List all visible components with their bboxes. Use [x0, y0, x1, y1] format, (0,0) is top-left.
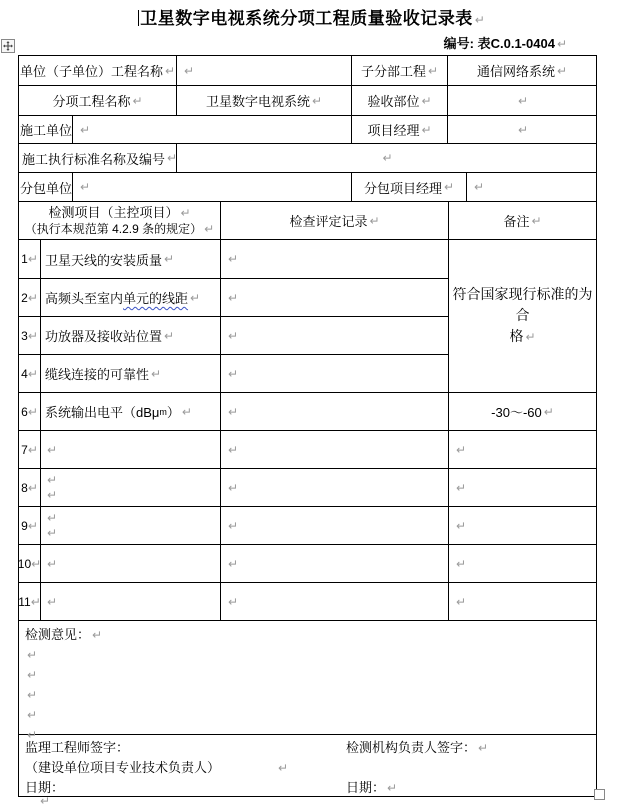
item-text: 高频头至室内	[45, 288, 123, 307]
record-cell[interactable]: ↵	[220, 240, 448, 278]
pilcrow-mark: ↵	[228, 519, 238, 533]
table-resize-handle[interactable]	[594, 789, 605, 800]
detect-row-10: 10↵ ↵ ↵	[19, 544, 448, 582]
table-move-handle-icon[interactable]	[1, 39, 15, 53]
pilcrow-mark: ↵	[132, 94, 142, 108]
pilcrow-mark: ↵	[28, 329, 38, 343]
subcontract-manager-label: 分包项目经理	[364, 178, 442, 197]
note-header-cell: 备注↵	[448, 202, 596, 239]
item-cell[interactable]: ↵↵	[40, 469, 220, 506]
pilcrow-mark: ↵	[382, 151, 392, 165]
table-row: 施工执行标准名称及编号↵ ↵	[19, 143, 596, 172]
item-text: 功放器及接收站位置	[45, 326, 162, 345]
pilcrow-mark: ↵	[184, 64, 194, 78]
sub-division-label: 子分部工程	[361, 61, 426, 80]
pilcrow-mark: ↵	[312, 94, 322, 108]
row-number: 4	[21, 367, 28, 381]
row-number-cell: 4↵	[19, 355, 40, 392]
note-cell-row6: -30～-60↵	[449, 392, 596, 430]
pilcrow-mark: ↵	[27, 708, 37, 722]
detect-header-row: 检测项目（主控项目）↵ （执行本规范第 4.2.9 条的规定）↵ 检查评定记录↵…	[19, 201, 596, 239]
pilcrow-mark: ↵	[151, 367, 161, 381]
item-cell: 系统输出电平（dBμm）↵	[40, 393, 220, 430]
pilcrow-mark: ↵	[228, 481, 238, 495]
sub-division-value: 通信网络系统	[477, 61, 555, 80]
page-title: 卫星数字电视系统分项工程质量验收记录表	[140, 9, 473, 28]
pilcrow-mark: ↵	[228, 367, 238, 381]
pilcrow-mark: ↵	[456, 481, 466, 495]
doc-number-label: 编号:	[444, 36, 474, 51]
sub-item-value-cell[interactable]: 卫星数字电视系统↵	[176, 86, 351, 115]
record-cell[interactable]: ↵	[220, 583, 448, 620]
pilcrow-mark: ↵	[80, 123, 90, 137]
row-number: 8	[21, 481, 28, 495]
sub-item-label-cell: 分项工程名称↵	[19, 86, 176, 115]
record-header-cell: 检查评定记录↵	[220, 202, 448, 239]
pilcrow-mark: ↵	[28, 481, 38, 495]
record-header-label: 检查评定记录	[289, 211, 367, 230]
pilcrow-mark: ↵	[518, 123, 528, 137]
note-value: -30～-60	[491, 402, 542, 421]
row-number: 6	[21, 405, 28, 419]
unit-project-label-cell: 单位（子单位）工程名称↵	[19, 56, 176, 85]
detect-items-header-cell: 检测项目（主控项目）↵ （执行本规范第 4.2.9 条的规定）↵	[19, 202, 220, 239]
note-cell-row9[interactable]: ↵	[449, 506, 596, 544]
pilcrow-mark: ↵	[557, 64, 567, 78]
pilcrow-mark: ↵	[28, 291, 38, 305]
record-cell[interactable]: ↵	[220, 279, 448, 316]
doc-number-value: 表C.0.1-0404	[478, 36, 555, 51]
opinion-cell[interactable]: 检测意见：↵ ↵ ↵ ↵ ↵ ↵	[19, 620, 596, 734]
pilcrow-mark: ↵	[474, 180, 484, 194]
pilcrow-mark: ↵	[182, 405, 192, 419]
pilcrow-mark: ↵	[525, 330, 535, 344]
pilcrow-mark: ↵	[28, 443, 38, 457]
sub-item-label: 分项工程名称	[52, 91, 130, 110]
item-text-underlined: 单元的线距	[123, 288, 188, 307]
record-cell[interactable]: ↵	[220, 355, 448, 392]
pilcrow-mark: ↵	[456, 443, 466, 457]
pilcrow-mark: ↵	[165, 64, 175, 78]
note-cell-row10[interactable]: ↵	[449, 544, 596, 582]
pilcrow-mark: ↵	[28, 367, 38, 381]
detect-row-1: 1↵ 卫星天线的安装质量↵ ↵	[19, 240, 448, 278]
date-left-label: 日期：	[25, 780, 64, 795]
document-page: 卫星数字电视系统分项工程质量验收记录表↵ 编号: 表C.0.1-0404↵ 单位…	[0, 0, 623, 811]
subcontract-manager-value-cell[interactable]: ↵	[466, 173, 596, 201]
row-number: 9	[21, 519, 28, 533]
note-header-label: 备注	[503, 211, 529, 230]
pilcrow-mark: ↵	[387, 781, 397, 795]
pilcrow-mark: ↵	[167, 151, 176, 165]
project-manager-label: 项目经理	[367, 120, 419, 139]
pilcrow-mark: ↵	[421, 123, 431, 137]
row-number-cell: 1↵	[19, 240, 40, 278]
row-number-cell: 3↵	[19, 317, 40, 354]
detect-row-6: 6↵ 系统输出电平（dBμm）↵ ↵	[19, 392, 448, 430]
note-cell-row8[interactable]: ↵	[449, 468, 596, 506]
supervisor-sub-label: （建设单位项目专业技术负责人）	[25, 760, 220, 775]
construction-unit-label: 施工单位	[20, 120, 72, 139]
pilcrow-mark: ↵	[228, 405, 238, 419]
row-number-cell: 8↵	[19, 469, 40, 506]
pilcrow-mark: ↵	[28, 252, 38, 266]
row-number-cell: 11↵	[19, 583, 40, 620]
pilcrow-mark: ↵	[228, 557, 238, 571]
pilcrow-mark: ↵	[27, 668, 37, 682]
item-cell[interactable]: ↵↵	[40, 507, 220, 544]
pilcrow-mark: ↵	[47, 526, 57, 541]
pilcrow-mark: ↵	[28, 405, 38, 419]
acceptance-record-table: 单位（子单位）工程名称↵ ↵ 子分部工程↵ 通信网络系统↵ 分项工程名称↵ 卫星…	[18, 55, 597, 797]
pilcrow-mark: ↵	[456, 519, 466, 533]
row-number-cell: 10↵	[19, 545, 40, 582]
table-row: 分项工程名称↵ 卫星数字电视系统↵ 验收部位↵ ↵	[19, 85, 596, 115]
record-cell[interactable]: ↵	[220, 469, 448, 506]
note-cell-row11[interactable]: ↵	[449, 582, 596, 620]
pilcrow-mark: ↵	[428, 64, 438, 78]
record-cell[interactable]: ↵	[220, 393, 448, 430]
item-cell: 卫星天线的安装质量↵	[40, 240, 220, 278]
detect-items-header-line2: （执行本规范第 4.2.9 条的规定）	[25, 222, 202, 236]
construction-unit-label-cell: 施工单位↵	[19, 116, 72, 143]
detect-rows-section: 1↵ 卫星天线的安装质量↵ ↵ 2↵ 高频头至室内单元的线距↵ ↵ 3↵ 功放器…	[19, 239, 596, 620]
supervisor-signature-label: 监理工程师签字：	[25, 740, 129, 755]
subcontractor-label: 分包单位	[20, 178, 72, 197]
opinion-label: 检测意见：	[25, 627, 90, 642]
record-cell[interactable]: ↵	[220, 317, 448, 354]
construction-unit-value-cell[interactable]: ↵	[72, 116, 351, 143]
item-cell: 功放器及接收站位置↵	[40, 317, 220, 354]
four-arrows-icon	[3, 41, 13, 51]
standard-label-cell: 施工执行标准名称及编号↵	[19, 144, 176, 172]
item-cell[interactable]: ↵	[40, 583, 220, 620]
row-number: 10	[18, 557, 31, 571]
subcontract-manager-label-cell: 分包项目经理↵	[351, 173, 466, 201]
pilcrow-mark: ↵	[204, 222, 214, 236]
pilcrow-mark: ↵	[478, 741, 488, 755]
note-column: 符合国家现行标准的为合 格↵ -30～-60↵ ↵ ↵ ↵ ↵ ↵	[448, 240, 596, 620]
pilcrow-mark: ↵	[531, 214, 541, 228]
row-number: 2	[21, 291, 28, 305]
inspector-signature-label: 检测机构负责人签字：	[346, 740, 476, 755]
detect-row-8: 8↵ ↵↵ ↵	[19, 468, 448, 506]
item-text-suffix: ）	[167, 402, 180, 421]
pilcrow-mark: ↵	[228, 443, 238, 457]
standard-label: 施工执行标准名称及编号	[22, 149, 165, 168]
detect-row-7: 7↵ ↵ ↵	[19, 430, 448, 468]
pilcrow-mark: ↵	[27, 648, 37, 662]
detect-rows-left: 1↵ 卫星天线的安装质量↵ ↵ 2↵ 高频头至室内单元的线距↵ ↵ 3↵ 功放器…	[19, 240, 448, 620]
pilcrow-mark: ↵	[369, 214, 379, 228]
item-cell: 缆线连接的可靠性↵	[40, 355, 220, 392]
item-text: 卫星天线的安装质量	[45, 250, 162, 269]
sub-item-value: 卫星数字电视系统	[206, 91, 310, 110]
record-cell[interactable]: ↵	[220, 431, 448, 468]
document-title-line: 卫星数字电视系统分项工程质量验收记录表↵	[0, 4, 623, 29]
table-row: 施工单位↵ ↵ 项目经理↵ ↵	[19, 115, 596, 143]
item-cell[interactable]: ↵	[40, 431, 220, 468]
pilcrow-mark: ↵	[47, 511, 57, 526]
sub-division-value-cell[interactable]: 通信网络系统↵	[447, 56, 596, 85]
unit-project-label: 单位（子单位）工程名称	[20, 61, 163, 80]
acceptance-part-value-cell[interactable]: ↵	[447, 86, 596, 115]
pilcrow-mark: ↵	[557, 37, 567, 51]
date-right-label: 日期：	[346, 780, 385, 795]
item-text-subscript: m	[159, 407, 167, 417]
row-number-cell: 9↵	[19, 507, 40, 544]
row-number: 7	[21, 443, 28, 457]
merged-note-line2: 格	[509, 328, 523, 344]
acceptance-part-label-cell: 验收部位↵	[351, 86, 447, 115]
pilcrow-mark: ↵	[180, 206, 190, 220]
pilcrow-mark: ↵	[444, 180, 454, 194]
pilcrow-mark: ↵	[40, 794, 50, 808]
detect-items-header-line1: 检测项目（主控项目）	[48, 205, 178, 220]
merged-note-line1: 符合国家现行标准的为合	[453, 286, 593, 323]
pilcrow-mark: ↵	[28, 519, 38, 533]
pilcrow-mark: ↵	[92, 628, 102, 642]
item-cell: 高频头至室内单元的线距↵	[40, 279, 220, 316]
pilcrow-mark: ↵	[456, 557, 466, 571]
subcontractor-value-cell[interactable]: ↵	[72, 173, 351, 201]
detect-row-11: 11↵ ↵ ↵	[19, 582, 448, 620]
doc-number-line: 编号: 表C.0.1-0404↵	[444, 33, 567, 52]
pilcrow-mark: ↵	[47, 488, 57, 503]
table-row: 单位（子单位）工程名称↵ ↵ 子分部工程↵ 通信网络系统↵	[19, 56, 596, 85]
pilcrow-mark: ↵	[544, 405, 554, 419]
pilcrow-mark: ↵	[456, 595, 466, 609]
detect-row-3: 3↵ 功放器及接收站位置↵ ↵	[19, 316, 448, 354]
pilcrow-mark: ↵	[475, 13, 485, 27]
pilcrow-mark: ↵	[421, 94, 431, 108]
standard-value-cell[interactable]: ↵	[176, 144, 596, 172]
note-cell-row7[interactable]: ↵	[449, 430, 596, 468]
item-text: 系统输出电平（dBμ	[45, 402, 159, 421]
item-text: 缆线连接的可靠性	[45, 364, 149, 383]
signature-cell[interactable]: 监理工程师签字： 检测机构负责人签字：↵ （建设单位项目专业技术负责人）↵ 日期…	[19, 734, 596, 796]
row-number: 1	[21, 252, 28, 266]
pilcrow-mark: ↵	[228, 595, 238, 609]
detect-row-2: 2↵ 高频头至室内单元的线距↵ ↵	[19, 278, 448, 316]
pilcrow-mark: ↵	[47, 443, 57, 457]
detect-row-9: 9↵ ↵↵ ↵	[19, 506, 448, 544]
acceptance-part-label: 验收部位	[367, 91, 419, 110]
merged-note-cell: 符合国家现行标准的为合 格↵	[449, 240, 596, 392]
pilcrow-mark: ↵	[47, 473, 57, 488]
row-number: 3	[21, 329, 28, 343]
project-manager-value-cell[interactable]: ↵	[447, 116, 596, 143]
row-number-cell: 7↵	[19, 431, 40, 468]
row-number-cell: 2↵	[19, 279, 40, 316]
pilcrow-mark: ↵	[228, 252, 238, 266]
project-manager-label-cell: 项目经理↵	[351, 116, 447, 143]
pilcrow-mark: ↵	[228, 291, 238, 305]
record-cell[interactable]: ↵	[220, 545, 448, 582]
record-cell[interactable]: ↵	[220, 507, 448, 544]
pilcrow-mark: ↵	[228, 329, 238, 343]
pilcrow-mark: ↵	[27, 688, 37, 702]
unit-project-value-cell[interactable]: ↵	[176, 56, 351, 85]
subcontractor-label-cell: 分包单位↵	[19, 173, 72, 201]
pilcrow-mark: ↵	[47, 595, 57, 609]
table-row: 分包单位↵ ↵ 分包项目经理↵ ↵	[19, 172, 596, 201]
pilcrow-mark: ↵	[190, 291, 200, 305]
sub-division-label-cell: 子分部工程↵	[351, 56, 447, 85]
row-number-cell: 6↵	[19, 393, 40, 430]
pilcrow-mark: ↵	[164, 252, 174, 266]
pilcrow-mark: ↵	[278, 761, 288, 775]
pilcrow-mark: ↵	[518, 94, 528, 108]
detect-row-4: 4↵ 缆线连接的可靠性↵ ↵	[19, 354, 448, 392]
pilcrow-mark: ↵	[47, 557, 57, 571]
row-number: 11	[18, 595, 30, 609]
pilcrow-mark: ↵	[80, 180, 90, 194]
item-cell[interactable]: ↵	[40, 545, 220, 582]
pilcrow-mark: ↵	[164, 329, 174, 343]
